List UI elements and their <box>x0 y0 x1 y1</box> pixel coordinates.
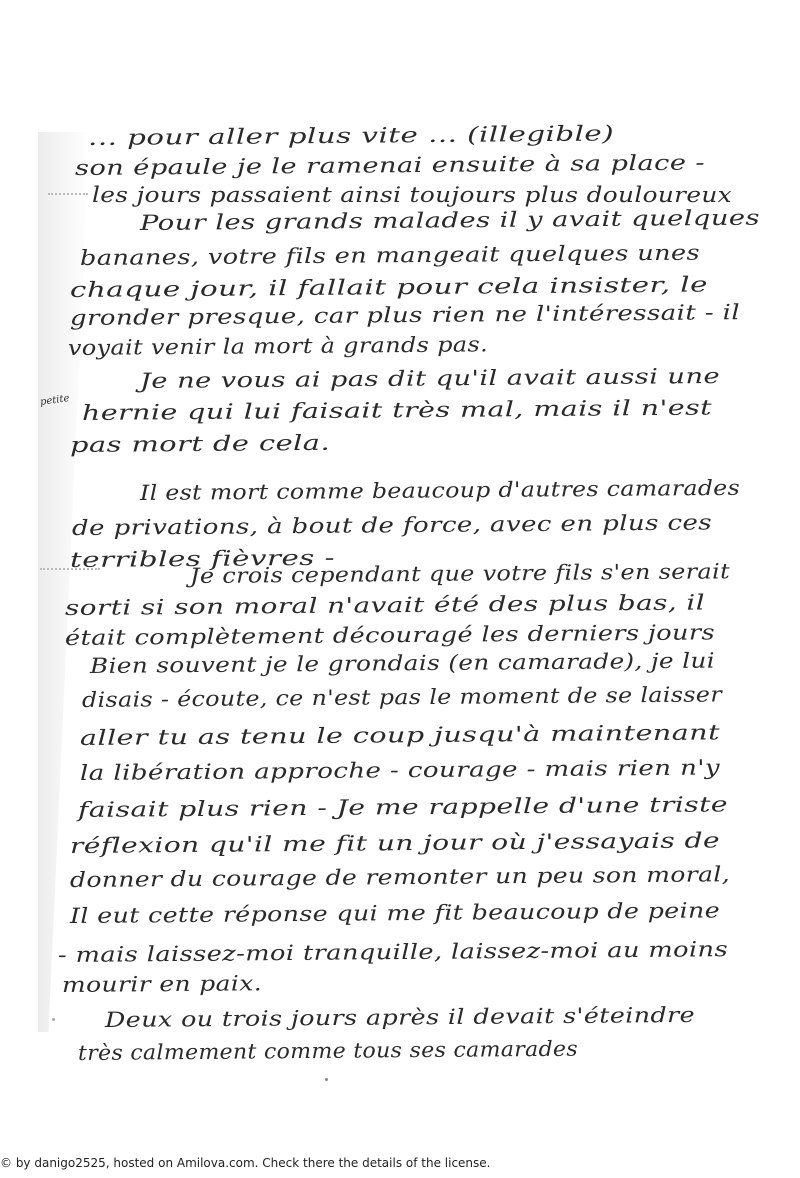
scan-noise <box>48 193 88 197</box>
scan-speck <box>325 1078 328 1081</box>
handwritten-line: Je crois cependant que votre fils s'en s… <box>190 559 730 588</box>
handwritten-line: voyait venir la mort à grands pas. <box>68 332 488 360</box>
handwritten-line: ... pour aller plus vite ... (illegible) <box>88 121 614 150</box>
handwritten-line: les jours passaient ainsi toujours plus … <box>92 183 732 207</box>
scan-speck <box>52 1018 55 1021</box>
license-footer: © by danigo2525, hosted on Amilova.com. … <box>0 1156 490 1170</box>
handwritten-line: Je ne vous ai pas dit qu'il avait aussi … <box>140 364 720 393</box>
scan-noise <box>40 568 100 572</box>
handwritten-line: très calmement comme tous ses camarades <box>78 1037 578 1065</box>
handwritten-line: pas mort de cela. <box>70 431 330 457</box>
handwritten-line: mourir en paix. <box>62 971 262 997</box>
